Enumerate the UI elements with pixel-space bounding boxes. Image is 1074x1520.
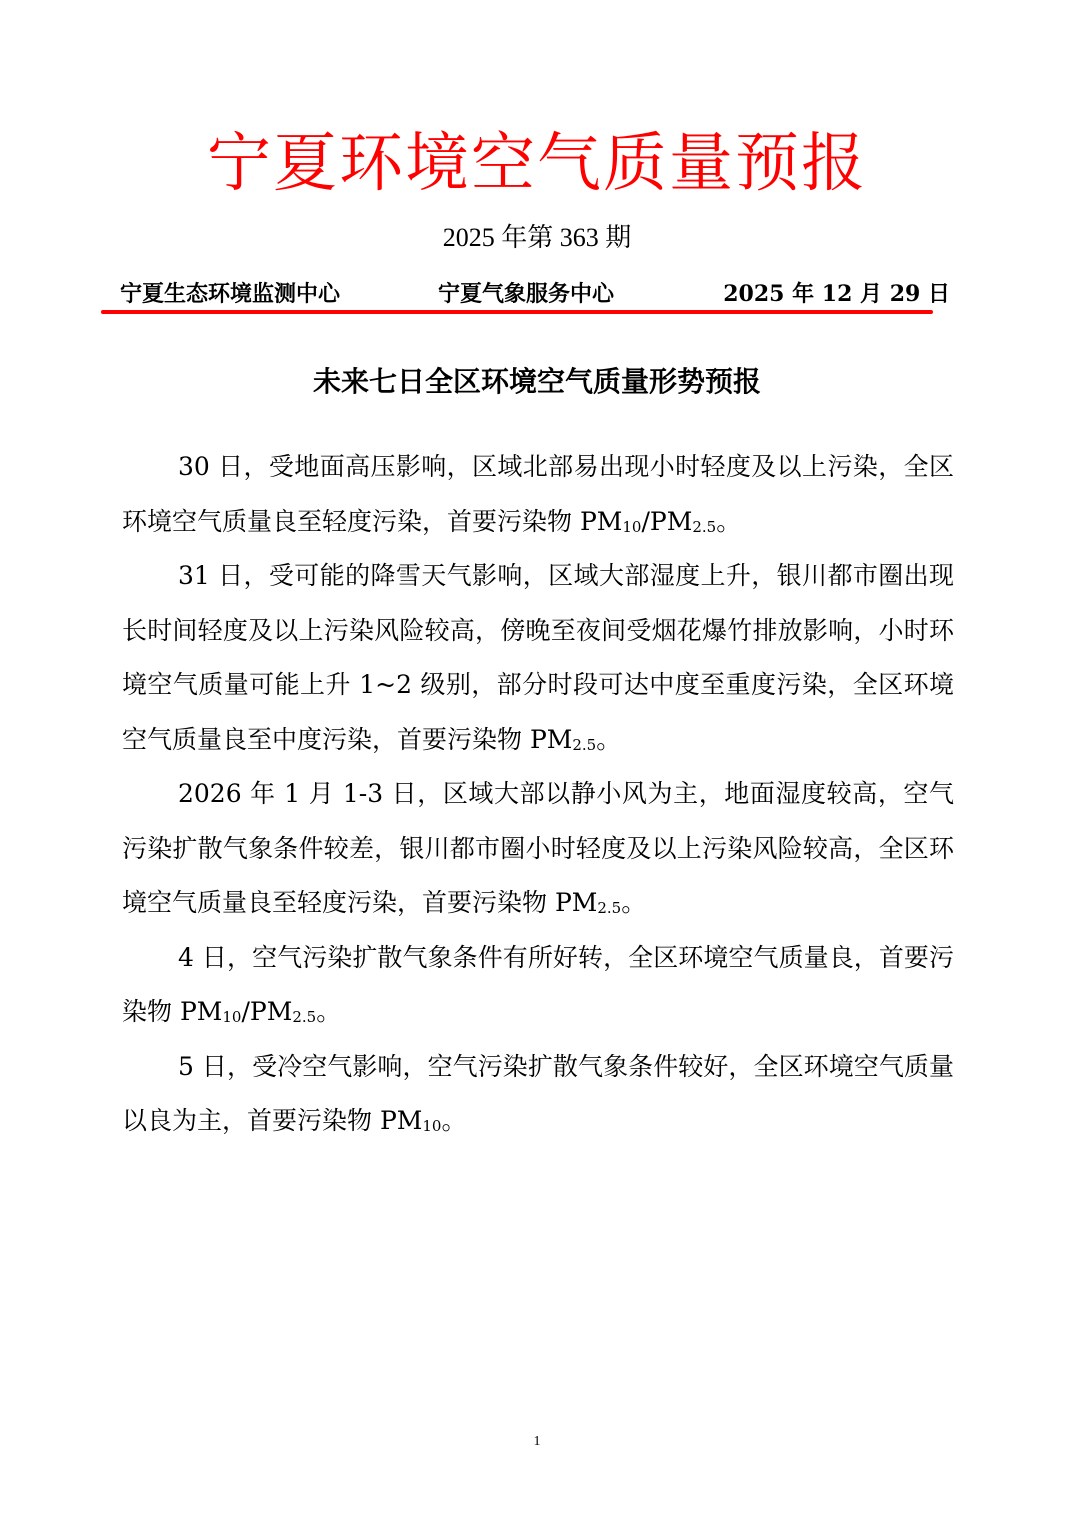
forecast-body: 30 日，受地面高压影响，区域北部易出现小时轻度及以上污染，全区环境空气质量良至… <box>122 440 954 1149</box>
red-divider <box>101 310 933 314</box>
section-title: 未来七日全区环境空气质量形势预报 <box>0 362 1074 402</box>
pollutant: PM10/PM2.5 <box>580 507 716 536</box>
document-page: 宁夏环境空气质量预报 2025 年第 363 期 宁夏生态环境监测中心 宁夏气象… <box>0 0 1074 1520</box>
issue-number: 2025 年第 363 期 <box>0 220 1074 256</box>
issuer-environment-center: 宁夏生态环境监测中心 <box>120 279 340 309</box>
paragraph: 2026 年 1 月 1-3 日，区域大部以静小风为主，地面湿度较高，空气污染扩… <box>122 767 954 931</box>
pollutant: PM10/PM2.5 <box>180 997 316 1026</box>
paragraph: 5 日，受冷空气影响，空气污染扩散气象条件较好，全区环境空气质量以良为主，首要污… <box>122 1040 954 1149</box>
pollutant: PM2.5 <box>530 725 596 754</box>
issuer-meteorology-center: 宁夏气象服务中心 <box>438 279 614 309</box>
pollutant: PM2.5 <box>555 888 621 917</box>
paragraph: 30 日，受地面高压影响，区域北部易出现小时轻度及以上污染，全区环境空气质量良至… <box>122 440 954 549</box>
paragraph: 4 日，空气污染扩散气象条件有所好转，全区环境空气质量良，首要污染物 PM10/… <box>122 931 954 1040</box>
issue-date: 2025 年 12 月 29 日 <box>723 279 950 309</box>
masthead-title: 宁夏环境空气质量预报 <box>0 124 1074 204</box>
paragraph-text: 30 日，受地面高压影响，区域北部易出现小时轻度及以上污染，全区环境空气质量良至… <box>122 452 954 536</box>
paragraph: 31 日，受可能的降雪天气影响，区域大部湿度上升，银川都市圈出现长时间轻度及以上… <box>122 549 954 767</box>
pollutant: PM10 <box>380 1106 442 1135</box>
page-number: 1 <box>0 1432 1074 1452</box>
paragraph-text: 5 日，受冷空气影响，空气污染扩散气象条件较好，全区环境空气质量以良为主，首要污… <box>122 1052 954 1136</box>
paragraph-text: 2026 年 1 月 1-3 日，区域大部以静小风为主，地面湿度较高，空气污染扩… <box>122 779 954 917</box>
issuer-row: 宁夏生态环境监测中心 宁夏气象服务中心 2025 年 12 月 29 日 <box>120 279 950 309</box>
